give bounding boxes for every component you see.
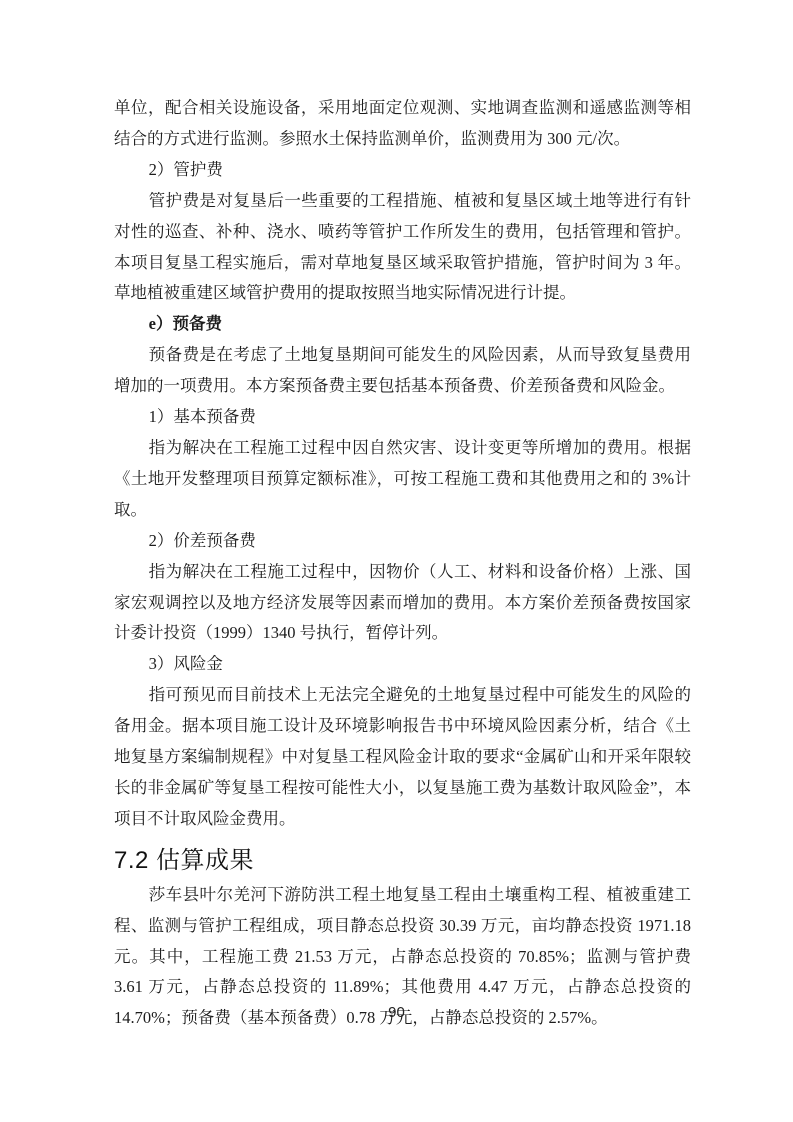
- page-number: 90: [0, 1004, 793, 1021]
- document-page: 单位，配合相关设施设备，采用地面定位观测、实地调查监测和遥感监测等相结合的方式进…: [0, 0, 793, 1122]
- body-paragraph: 预备费是在考虑了土地复垦期间可能发生的风险因素，从而导致复垦费用增加的一项费用。…: [114, 340, 691, 402]
- bold-subheading: e）预备费: [114, 309, 691, 340]
- numbered-item: 2）价差预备费: [114, 526, 691, 557]
- body-paragraph: 指为解决在工程施工过程中因自然灾害、设计变更等所增加的费用。根据《土地开发整理项…: [114, 433, 691, 526]
- body-paragraph: 指可预见而目前技术上无法完全避免的土地复垦过程中可能发生的风险的备用金。据本项目…: [114, 680, 691, 835]
- document-body: 单位，配合相关设施设备，采用地面定位观测、实地调查监测和遥感监测等相结合的方式进…: [114, 93, 691, 1034]
- body-paragraph: 单位，配合相关设施设备，采用地面定位观测、实地调查监测和遥感监测等相结合的方式进…: [114, 93, 691, 155]
- numbered-item: 1）基本预备费: [114, 402, 691, 433]
- body-paragraph: 管护费是对复垦后一些重要的工程措施、植被和复垦区域土地等进行有针对性的巡查、补种…: [114, 186, 691, 310]
- numbered-item: 3）风险金: [114, 649, 691, 680]
- body-paragraph: 指为解决在工程施工过程中，因物价（人工、材料和设备价格）上涨、国家宏观调控以及地…: [114, 557, 691, 650]
- numbered-item: 2）管护费: [114, 155, 691, 186]
- section-heading: 7.2 估算成果: [114, 847, 691, 875]
